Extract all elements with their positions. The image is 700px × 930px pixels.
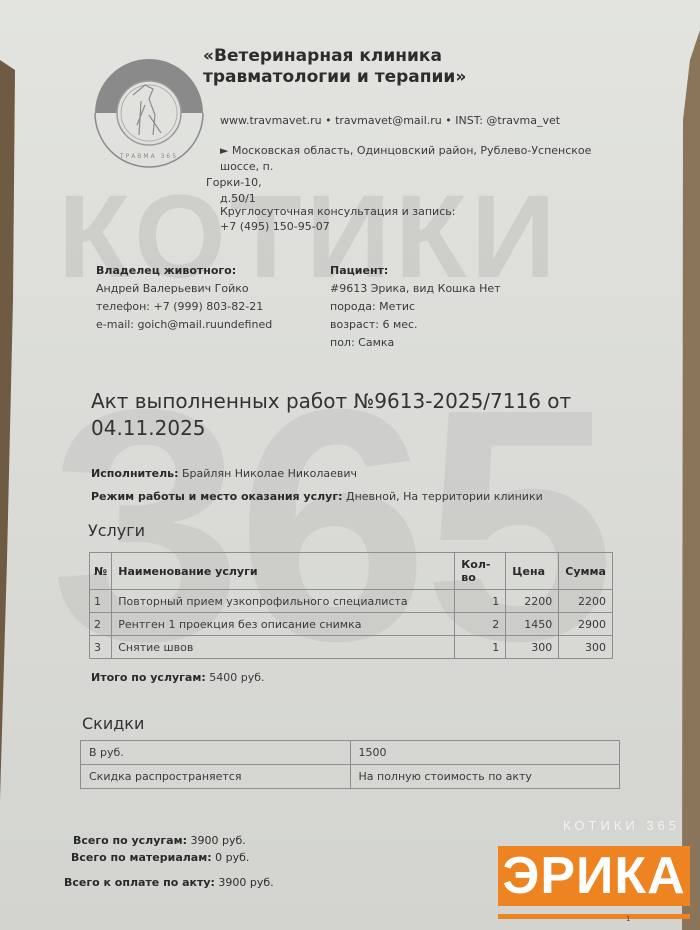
discount-value: 1500: [350, 741, 620, 765]
total-materials-label: Всего по материалам:: [71, 851, 212, 864]
owner-name: Андрей Валерьевич Гойко: [96, 280, 272, 298]
col-number: №: [90, 553, 112, 590]
row-service-name: Повторный прием узкопрофильного специали…: [112, 590, 455, 613]
table-row: 2 Рентген 1 проекция без описание снимка…: [90, 613, 613, 636]
mode-value: Дневной, На территории клиники: [342, 490, 542, 503]
services-heading: Услуги: [88, 521, 145, 540]
discount-label: Скидка распространяется: [81, 765, 351, 789]
address-line-2: Горки-10,: [206, 175, 601, 191]
row-sum: 2900: [559, 613, 613, 636]
total-payable: Всего к оплате по акту: 3900 руб.: [64, 874, 274, 891]
total-payable-value: 3900 руб.: [215, 876, 274, 889]
row-service-name: Снятие швов: [112, 636, 455, 659]
row-sum: 2200: [559, 590, 613, 613]
overlay-pet-name: ЭРИКА: [502, 850, 685, 902]
act-meta: Исполнитель: Брайлян Николае Николаевич …: [91, 462, 543, 508]
row-quantity: 1: [455, 590, 506, 613]
table-surface-right: [680, 20, 700, 930]
grand-totals: Всего по услугам: 3900 руб. Всего по мат…: [68, 832, 274, 891]
overlay-accent-line: [498, 914, 690, 919]
table-row: 3 Снятие швов 1 300 300: [90, 636, 613, 659]
executor-value: Брайлян Николае Николаевич: [179, 467, 358, 480]
services-total-value: 5400 руб.: [206, 671, 265, 684]
patient-breed: порода: Метис: [330, 298, 501, 316]
executor-line: Исполнитель: Брайлян Николае Николаевич: [91, 462, 543, 485]
discount-value: На полную стоимость по акту: [350, 765, 620, 789]
table-row: Скидка распространяется На полную стоимо…: [81, 765, 620, 789]
row-quantity: 2: [455, 613, 506, 636]
table-row: 1 Повторный прием узкопрофильного специа…: [90, 590, 613, 613]
row-number: 1: [90, 590, 112, 613]
col-service-name: Наименование услуги: [112, 553, 455, 590]
row-price: 300: [506, 636, 559, 659]
consultation-phone: +7 (495) 150-95-07: [220, 219, 455, 234]
owner-block: Владелец животного: Андрей Валерьевич Го…: [96, 262, 272, 334]
discounts-table: В руб. 1500 Скидка распространяется На п…: [80, 740, 620, 789]
patient-block: Пациент: #9613 Эрика, вид Кошка Нет поро…: [330, 262, 501, 352]
overlay-brand: КОТИКИ 365: [563, 818, 680, 833]
consultation-label: Круглосуточная консультация и запись:: [220, 204, 455, 219]
total-payable-label: Всего к оплате по акту:: [64, 876, 215, 889]
patient-id: #9613 Эрика, вид Кошка Нет: [330, 280, 501, 298]
row-price: 1450: [506, 613, 559, 636]
patient-heading: Пациент:: [330, 262, 501, 280]
executor-label: Исполнитель:: [91, 467, 179, 480]
clinic-contacts: www.travmavet.ru • travmavet@mail.ru • I…: [220, 114, 560, 127]
total-materials: Всего по материалам: 0 руб.: [71, 849, 274, 866]
mode-line: Режим работы и место оказания услуг: Дне…: [91, 485, 543, 508]
clinic-address: ► Московская область, Одинцовский район,…: [206, 143, 601, 207]
services-header-row: № Наименование услуги Кол-во Цена Сумма: [90, 553, 613, 590]
row-sum: 300: [559, 636, 613, 659]
clinic-name: «Ветеринарная клиника травматологии и те…: [203, 46, 583, 88]
col-sum: Сумма: [559, 553, 613, 590]
row-service-name: Рентген 1 проекция без описание снимка: [112, 613, 455, 636]
row-price: 2200: [506, 590, 559, 613]
page-number: 1: [626, 915, 630, 923]
clinic-logo-icon: ТРАВМА 365: [89, 55, 209, 170]
svg-text:ТРАВМА 365: ТРАВМА 365: [119, 153, 178, 160]
row-number: 3: [90, 636, 112, 659]
consultation-block: Круглосуточная консультация и запись: +7…: [220, 204, 455, 234]
total-services-label: Всего по услугам:: [73, 834, 187, 847]
owner-phone: телефон: +7 (999) 803-82-21: [96, 298, 272, 316]
owner-heading: Владелец животного:: [96, 262, 272, 280]
table-row: В руб. 1500: [81, 741, 620, 765]
mode-label: Режим работы и место оказания услуг:: [91, 490, 342, 503]
row-quantity: 1: [455, 636, 506, 659]
discounts-heading: Скидки: [82, 714, 144, 733]
total-services-value: 3900 руб.: [187, 834, 246, 847]
discount-label: В руб.: [81, 741, 351, 765]
patient-sex: пол: Самка: [330, 334, 501, 352]
address-line-1: ► Московская область, Одинцовский район,…: [206, 143, 601, 175]
services-total-label: Итого по услугам:: [91, 671, 206, 684]
col-quantity: Кол-во: [455, 553, 506, 590]
col-price: Цена: [506, 553, 559, 590]
services-total: Итого по услугам: 5400 руб.: [91, 671, 265, 684]
total-materials-value: 0 руб.: [212, 851, 250, 864]
overlay-name-box: ЭРИКА: [498, 846, 690, 906]
row-number: 2: [90, 613, 112, 636]
patient-age: возраст: 6 мес.: [330, 316, 501, 334]
services-table: № Наименование услуги Кол-во Цена Сумма …: [89, 552, 613, 659]
total-services: Всего по услугам: 3900 руб.: [73, 832, 274, 849]
owner-email: e-mail: goich@mail.ruundefined: [96, 316, 272, 334]
act-title: Акт выполненных работ №9613-2025/7116 от…: [91, 388, 611, 442]
